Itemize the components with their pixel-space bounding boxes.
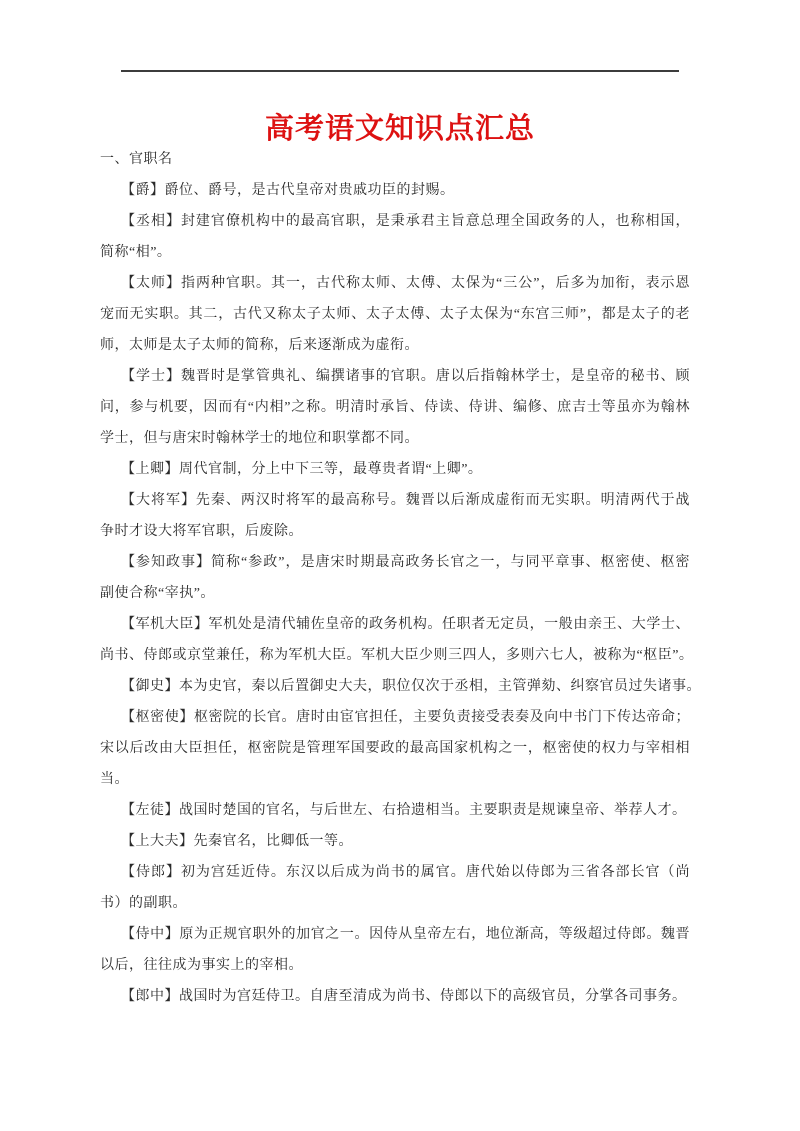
document-paragraph: 【侍郎】初为宫廷近侍。东汉以后成为尚书的属官。唐代始以侍郎为三省各部长官（尚书）… xyxy=(100,857,690,919)
document-page: 高考语文知识点汇总 一、官职名 【爵】爵位、爵号，是古代皇帝对贵戚功臣的封赐。【… xyxy=(0,0,800,1131)
text-line: 【侍郎】初为宫廷近侍。东汉以后成为尚书的属官。唐代始以侍郎为三省各部长官（尚 xyxy=(100,857,690,888)
document-paragraph: 【军机大臣】军机处是清代辅佐皇帝的政务机构。任职者无定员，一般由亲王、大学士、尚… xyxy=(100,609,690,671)
text-line: 争时才设大将军官职，后废除。 xyxy=(100,516,690,547)
document-title: 高考语文知识点汇总 xyxy=(0,111,800,147)
document-paragraph: 【郎中】战国时为宫廷侍卫。自唐至清成为尚书、侍郎以下的高级官员，分掌各司事务。 xyxy=(100,981,690,1012)
text-line: 【太师】指两种官职。其一，古代称太师、太傅、太保为“三公”，后多为加衔，表示恩 xyxy=(100,268,690,299)
text-line: 【上大夫】先秦官名，比卿低一等。 xyxy=(100,826,690,857)
text-line: 【御史】本为史官，秦以后置御史大夫，职位仅次于丞相，主管弹劾、纠察官员过失诸事。 xyxy=(100,671,690,702)
document-paragraph: 【参知政事】简称“参政”，是唐宋时期最高政务长官之一，与同平章事、枢密使、枢密副… xyxy=(100,547,690,609)
document-paragraph: 【丞相】封建官僚机构中的最高官职，是秉承君主旨意总理全国政务的人，也称相国，简称… xyxy=(100,206,690,268)
text-line: 【爵】爵位、爵号，是古代皇帝对贵戚功臣的封赐。 xyxy=(100,175,690,206)
text-line: 学士，但与唐宋时翰林学士的地位和职掌都不同。 xyxy=(100,423,690,454)
text-line: 副使合称“宰执”。 xyxy=(100,578,690,609)
document-paragraph: 【枢密使】枢密院的长官。唐时由宦官担任，主要负责接受表奏及向中书门下传达帝命；宋… xyxy=(100,702,690,795)
text-line: 书）的副职。 xyxy=(100,888,690,919)
text-line: 尚书、侍郎或京堂兼任，称为军机大臣。军机大臣少则三四人，多则六七人，被称为“枢臣… xyxy=(100,640,690,671)
text-line: 【军机大臣】军机处是清代辅佐皇帝的政务机构。任职者无定员，一般由亲王、大学士、 xyxy=(100,609,690,640)
text-line: 【丞相】封建官僚机构中的最高官职，是秉承君主旨意总理全国政务的人，也称相国， xyxy=(100,206,690,237)
document-paragraph: 【御史】本为史官，秦以后置御史大夫，职位仅次于丞相，主管弹劾、纠察官员过失诸事。 xyxy=(100,671,690,702)
document-paragraph: 【爵】爵位、爵号，是古代皇帝对贵戚功臣的封赐。 xyxy=(100,175,690,206)
text-line: 以后，往往成为事实上的宰相。 xyxy=(100,950,690,981)
text-line: 【郎中】战国时为宫廷侍卫。自唐至清成为尚书、侍郎以下的高级官员，分掌各司事务。 xyxy=(100,981,690,1012)
document-paragraph: 【侍中】原为正规官职外的加官之一。因侍从皇帝左右，地位渐高，等级超过侍郎。魏晋以… xyxy=(100,919,690,981)
text-line: 简称“相”。 xyxy=(100,237,690,268)
text-line: 【参知政事】简称“参政”，是唐宋时期最高政务长官之一，与同平章事、枢密使、枢密 xyxy=(100,547,690,578)
text-line: 【上卿】周代官制，分上中下三等，最尊贵者谓“上卿”。 xyxy=(100,454,690,485)
text-line: 【大将军】先秦、两汉时将军的最高称号。魏晋以后渐成虚衔而无实职。明清两代于战 xyxy=(100,485,690,516)
document-paragraph: 【大将军】先秦、两汉时将军的最高称号。魏晋以后渐成虚衔而无实职。明清两代于战争时… xyxy=(100,485,690,547)
text-line: 师，太师是太子太师的简称，后来逐渐成为虚衔。 xyxy=(100,330,690,361)
section-heading: 一、官职名 xyxy=(100,144,690,175)
text-line: 【枢密使】枢密院的长官。唐时由宦官担任，主要负责接受表奏及向中书门下传达帝命； xyxy=(100,702,690,733)
header-divider-line xyxy=(121,70,679,72)
text-line: 宠而无实职。其二，古代又称太子太师、太子太傅、太子太保为“东宫三师”，都是太子的… xyxy=(100,299,690,330)
document-paragraph: 【左徒】战国时楚国的官名，与后世左、右拾遗相当。主要职责是规谏皇帝、举荐人才。 xyxy=(100,795,690,826)
text-line: 【左徒】战国时楚国的官名，与后世左、右拾遗相当。主要职责是规谏皇帝、举荐人才。 xyxy=(100,795,690,826)
document-paragraph: 【太师】指两种官职。其一，古代称太师、太傅、太保为“三公”，后多为加衔，表示恩宠… xyxy=(100,268,690,361)
text-line: 当。 xyxy=(100,764,690,795)
text-line: 宋以后改由大臣担任，枢密院是管理军国要政的最高国家机构之一，枢密使的权力与宰相相 xyxy=(100,733,690,764)
document-paragraph: 【上卿】周代官制，分上中下三等，最尊贵者谓“上卿”。 xyxy=(100,454,690,485)
document-body: 一、官职名 【爵】爵位、爵号，是古代皇帝对贵戚功臣的封赐。【丞相】封建官僚机构中… xyxy=(100,144,690,1012)
document-paragraph: 【上大夫】先秦官名，比卿低一等。 xyxy=(100,826,690,857)
paragraph-list: 【爵】爵位、爵号，是古代皇帝对贵戚功臣的封赐。【丞相】封建官僚机构中的最高官职，… xyxy=(100,175,690,1012)
text-line: 问，参与机要，因而有“内相”之称。明清时承旨、侍读、侍讲、编修、庶吉士等虽亦为翰… xyxy=(100,392,690,423)
text-line: 【学士】魏晋时是掌管典礼、编撰诸事的官职。唐以后指翰林学士，是皇帝的秘书、顾 xyxy=(100,361,690,392)
document-paragraph: 【学士】魏晋时是掌管典礼、编撰诸事的官职。唐以后指翰林学士，是皇帝的秘书、顾问，… xyxy=(100,361,690,454)
text-line: 【侍中】原为正规官职外的加官之一。因侍从皇帝左右，地位渐高，等级超过侍郎。魏晋 xyxy=(100,919,690,950)
